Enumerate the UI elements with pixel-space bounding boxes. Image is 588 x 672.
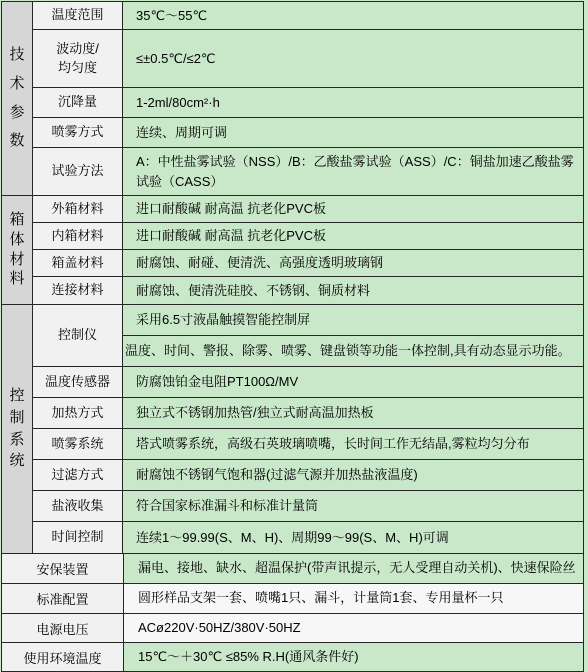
param-value: 塔式喷雾系统，高级石英玻璃喷嘴，长时间工作无结晶,雾粒均匀分布	[123, 429, 583, 459]
param-label: 喷雾方式	[33, 118, 123, 147]
category-char: 术	[9, 75, 24, 94]
section-rows: 温度范围35℃～55℃波动度/均匀度≤±0.5℃/≤2℃沉降量1-2ml/80c…	[33, 2, 583, 195]
param-value: 防腐蚀铂金电阻PT100Ω/MV	[123, 367, 583, 397]
param-value-line: 塔式喷雾系统，高级石英玻璃喷嘴，长时间工作无结晶,雾粒均匀分布	[123, 429, 583, 459]
param-label: 沉降量	[33, 88, 123, 117]
param-label: 温度传感器	[33, 367, 123, 397]
param-label: 外箱材料	[33, 196, 123, 222]
spec-row: 沉降量1-2ml/80cm²·h	[33, 88, 583, 118]
footer-value: 漏电、接地、缺水、超温保护(带声讯提示，无人受理自动关机)、快速保险丝	[124, 554, 583, 583]
spec-row: 喷雾系统塔式喷雾系统，高级石英玻璃喷嘴，长时间工作无结晶,雾粒均匀分布	[33, 429, 583, 460]
param-value: 进口耐酸碱 耐高温 抗老化PVC板	[123, 223, 583, 249]
category-char: 体	[9, 231, 24, 250]
param-value-line: 符合国家标准漏斗和标准计量筒	[123, 491, 583, 521]
param-value-line: 温度、时间、警报、除雾、喷雾、键盘锁等功能一体控制,具有动态显示功能。	[123, 335, 583, 366]
spec-row: 箱盖材料耐腐蚀、耐碰、便清洗、高强度透明玻璃钢	[33, 250, 583, 277]
spec-row: 时间控制连续1～99.99(S、M、H)、周期99～99(S、M、H)可调	[33, 522, 583, 553]
param-label: 喷雾系统	[33, 429, 123, 459]
param-label: 箱盖材料	[33, 250, 123, 276]
spec-row: 外箱材料进口耐酸碱 耐高温 抗老化PVC板	[33, 196, 583, 223]
spec-row: 温度传感器防腐蚀铂金电阻PT100Ω/MV	[33, 367, 583, 398]
spec-row: 连接材料耐腐蚀、便清洗硅胶、不锈钢、铜质材料	[33, 277, 583, 304]
param-value-line: 耐腐蚀、耐碰、便清洗、高强度透明玻璃钢	[123, 250, 583, 276]
spec-footer-row: 标准配置圆形样品支架一套、喷嘴1只、漏斗，计量筒1套、专用量杯一只	[2, 584, 583, 614]
category-char: 数	[9, 132, 24, 151]
param-value: 1-2ml/80cm²·h	[123, 88, 583, 117]
param-value: 进口耐酸碱 耐高温 抗老化PVC板	[123, 196, 583, 222]
param-label: 温度范围	[33, 2, 123, 29]
param-value-line: 连续、周期可调	[123, 118, 583, 147]
param-value-line: 进口耐酸碱 耐高温 抗老化PVC板	[123, 223, 583, 249]
param-label: 内箱材料	[33, 223, 123, 249]
param-label: 时间控制	[33, 522, 123, 553]
footer-label: 安保装置	[2, 554, 124, 583]
spec-footer-row: 电源电压ACø220V·50HZ/380V·50HZ	[2, 614, 583, 643]
spec-section: 技术参数温度范围35℃～55℃波动度/均匀度≤±0.5℃/≤2℃沉降量1-2ml…	[2, 2, 583, 196]
section-rows: 外箱材料进口耐酸碱 耐高温 抗老化PVC板内箱材料进口耐酸碱 耐高温 抗老化PV…	[33, 196, 583, 304]
param-value: 采用6.5寸液晶触摸智能控制屏温度、时间、警报、除雾、喷雾、键盘锁等功能一体控制…	[123, 305, 583, 366]
param-value-line: A：中性盐雾试验（NSS）/B：乙酸盐雾试验（ASS）/C：铜盐加速乙酸盐雾试验…	[123, 148, 583, 195]
param-label: 加热方式	[33, 398, 123, 428]
param-value: 连续1～99.99(S、M、H)、周期99～99(S、M、H)可调	[123, 522, 583, 553]
spec-row: 温度范围35℃～55℃	[33, 2, 583, 30]
spec-row: 控制仪采用6.5寸液晶触摸智能控制屏温度、时间、警报、除雾、喷雾、键盘锁等功能一…	[33, 305, 583, 367]
param-value: ≤±0.5℃/≤2℃	[123, 30, 583, 87]
spec-row: 试验方法A：中性盐雾试验（NSS）/B：乙酸盐雾试验（ASS）/C：铜盐加速乙酸…	[33, 148, 583, 195]
param-label: 试验方法	[33, 148, 123, 195]
param-label: 波动度/均匀度	[33, 30, 123, 87]
param-value-line: ≤±0.5℃/≤2℃	[123, 30, 583, 87]
param-value: 独立式不锈钢加热管/独立式耐高温加热板	[123, 398, 583, 428]
param-label-line: 波动度/	[56, 40, 99, 59]
param-value: A：中性盐雾试验（NSS）/B：乙酸盐雾试验（ASS）/C：铜盐加速乙酸盐雾试验…	[123, 148, 583, 195]
footer-label: 标准配置	[2, 584, 124, 613]
footer-label: 使用环境温度	[2, 643, 124, 671]
param-value: 符合国家标准漏斗和标准计量筒	[123, 491, 583, 521]
category-char: 控	[9, 387, 24, 406]
param-value: 耐腐蚀、耐碰、便清洗、高强度透明玻璃钢	[123, 250, 583, 276]
param-value: 耐腐蚀不锈钢气饱和器(过滤气源并加热盐液温度)	[123, 460, 583, 490]
param-label-line: 均匀度	[58, 59, 97, 78]
category-char: 材	[9, 251, 24, 270]
spec-row: 喷雾方式连续、周期可调	[33, 118, 583, 148]
spec-row: 过滤方式耐腐蚀不锈钢气饱和器(过滤气源并加热盐液温度)	[33, 460, 583, 491]
spec-footer-row: 使用环境温度15℃～＋30℃ ≤85% R.H(通风条件好)	[2, 643, 583, 671]
category-char: 箱	[9, 211, 24, 230]
param-value: 耐腐蚀、便清洗硅胶、不锈钢、铜质材料	[123, 277, 583, 304]
spec-row: 盐液收集符合国家标准漏斗和标准计量筒	[33, 491, 583, 522]
footer-value: 15℃～＋30℃ ≤85% R.H(通风条件好)	[124, 643, 583, 671]
spec-table: 技术参数温度范围35℃～55℃波动度/均匀度≤±0.5℃/≤2℃沉降量1-2ml…	[1, 1, 584, 671]
spec-row: 波动度/均匀度≤±0.5℃/≤2℃	[33, 30, 583, 88]
param-label: 控制仪	[33, 305, 123, 366]
category-char: 制	[9, 409, 24, 428]
spec-section: 控制系统控制仪采用6.5寸液晶触摸智能控制屏温度、时间、警报、除雾、喷雾、键盘锁…	[2, 305, 583, 554]
param-label: 盐液收集	[33, 491, 123, 521]
category-label-vertical: 技术参数	[2, 2, 33, 195]
footer-value: ACø220V·50HZ/380V·50HZ	[124, 614, 583, 642]
param-value-line: 独立式不锈钢加热管/独立式耐高温加热板	[123, 398, 583, 428]
category-char: 参	[9, 104, 24, 123]
param-label: 过滤方式	[33, 460, 123, 490]
param-value: 35℃～55℃	[123, 2, 583, 29]
param-value-line: 1-2ml/80cm²·h	[123, 88, 583, 117]
param-value-line: 采用6.5寸液晶触摸智能控制屏	[123, 305, 583, 335]
category-label-vertical: 控制系统	[2, 305, 33, 553]
param-value-line: 连续1～99.99(S、M、H)、周期99～99(S、M、H)可调	[123, 522, 583, 553]
category-char: 统	[9, 452, 24, 471]
param-label: 连接材料	[33, 277, 123, 304]
spec-row: 内箱材料进口耐酸碱 耐高温 抗老化PVC板	[33, 223, 583, 250]
param-value-line: 防腐蚀铂金电阻PT100Ω/MV	[123, 367, 583, 397]
category-char: 系	[9, 431, 24, 450]
category-label-vertical: 箱体材料	[2, 196, 33, 304]
param-value-line: 耐腐蚀不锈钢气饱和器(过滤气源并加热盐液温度)	[123, 460, 583, 490]
spec-row: 加热方式独立式不锈钢加热管/独立式耐高温加热板	[33, 398, 583, 429]
param-value-line: 进口耐酸碱 耐高温 抗老化PVC板	[123, 196, 583, 222]
param-value: 连续、周期可调	[123, 118, 583, 147]
category-char: 技	[9, 46, 24, 65]
section-rows: 控制仪采用6.5寸液晶触摸智能控制屏温度、时间、警报、除雾、喷雾、键盘锁等功能一…	[33, 305, 583, 553]
param-value-line: 35℃～55℃	[123, 2, 583, 29]
spec-section: 箱体材料外箱材料进口耐酸碱 耐高温 抗老化PVC板内箱材料进口耐酸碱 耐高温 抗…	[2, 196, 583, 305]
category-char: 料	[9, 270, 24, 289]
footer-label: 电源电压	[2, 614, 124, 642]
param-value-line: 耐腐蚀、便清洗硅胶、不锈钢、铜质材料	[123, 277, 583, 304]
footer-value: 圆形样品支架一套、喷嘴1只、漏斗，计量筒1套、专用量杯一只	[124, 584, 583, 613]
spec-footer-row: 安保装置漏电、接地、缺水、超温保护(带声讯提示，无人受理自动关机)、快速保险丝	[2, 554, 583, 584]
